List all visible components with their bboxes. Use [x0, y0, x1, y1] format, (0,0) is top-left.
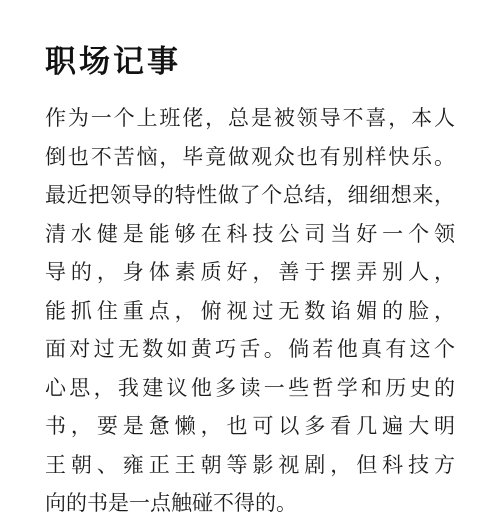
article-body: 作为一个上班佬，总是被领导不喜，本人 倒也不苦恼，毕竟做观众也有别样快乐。 最近… — [45, 100, 455, 524]
text-line: 最近把领导的特性做了个总结，细细想来， — [45, 177, 455, 216]
text-line: 王朝、雍正王朝等影视剧，但科技方 — [45, 447, 455, 486]
text-line: 作为一个上班佬，总是被领导不喜，本人 — [45, 100, 455, 139]
text-line: 向的书是一点触碰不得的。 — [45, 485, 455, 524]
article-page: 职场记事 作为一个上班佬，总是被领导不喜，本人 倒也不苦恼，毕竟做观众也有别样快… — [0, 0, 500, 532]
text-line: 面对过无数如黄巧舌。倘若他真有这个 — [45, 331, 455, 370]
text-line: 能抓住重点，俯视过无数谄媚的脸， — [45, 293, 455, 332]
text-line: 倒也不苦恼，毕竟做观众也有别样快乐。 — [45, 139, 455, 178]
text-line: 清水健是能够在科技公司当好一个领 — [45, 216, 455, 255]
article-title: 职场记事 — [45, 44, 455, 80]
text-line: 心思，我建议他多读一些哲学和历史的 — [45, 370, 455, 409]
text-line: 书，要是惫懒，也可以多看几遍大明 — [45, 408, 455, 447]
text-line: 导的，身体素质好，善于摆弄别人， — [45, 254, 455, 293]
